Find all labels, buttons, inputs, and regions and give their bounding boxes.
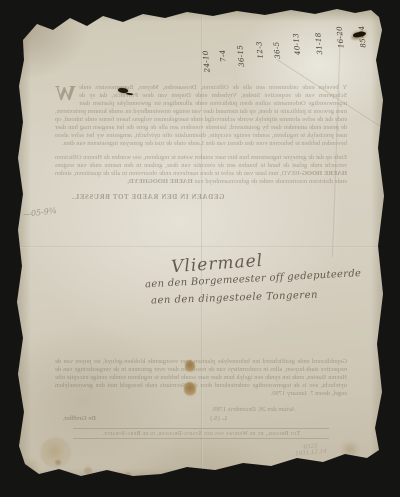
ink-note-left-margin: —05-9¾ (23, 206, 58, 219)
stain-bottom-left-corner (16, 458, 40, 480)
sum-entry-value: 36-15 (235, 44, 246, 67)
sum-entry-value: 31-18 (313, 32, 324, 55)
stain-bottom-right (340, 442, 360, 457)
showthrough-signature: De Greffier. (63, 415, 96, 422)
showthrough-upper-block: WY bevelen ende ordonneren aen alle de O… (55, 84, 347, 201)
wax-spot-lower (184, 382, 196, 396)
photo-background: WY bevelen ende ordonneren aen alle de O… (0, 0, 400, 497)
showthrough-seal-mark: L. (S.) (210, 415, 227, 422)
wax-spot-upper (185, 360, 195, 372)
handwritten-sum-column: 439-13 24-10 7-4 36-15 12-3 36-5 40-13 3… (189, 8, 309, 83)
pencil-note-bottom-right-line-2: 1931.12.14 (295, 449, 327, 458)
showthrough-colophon: Tot Brussel, by de Weduwe van den Stadts… (73, 428, 329, 439)
showthrough-lower-block: Gepubliceerd ende geafficheerd ten behoo… (55, 358, 347, 439)
showthrough-paragraph-2: Ende op dat de gemeyne ingesetenen hun h… (55, 154, 347, 186)
showthrough-drop-cap: W (55, 84, 79, 102)
document-paper: WY bevelen ende ordonneren aen alle de O… (15, 8, 385, 486)
sum-entry-value: 7-4 (218, 49, 228, 62)
showthrough-bold-fragment-1: HAERE HOOG- (300, 170, 347, 177)
showthrough-paragraph-1-text: Y bevelen ende ordonneren aen alle de Of… (55, 84, 347, 147)
showthrough-paragraph-3: Gepubliceerd ende geafficheerd ten behoo… (55, 358, 347, 398)
sum-entry-value: 16-20 (335, 25, 346, 48)
pencil-note-bottom-right: 6523 1931.12.14 (295, 443, 327, 458)
showthrough-signature-row: L. (S.) De Greffier. (63, 415, 227, 422)
showthrough-paragraph-1: WY bevelen ende ordonneren aen alle de O… (55, 84, 347, 148)
sum-entry: 13-9 (392, 5, 400, 53)
sum-entry-value: 40-13 (291, 32, 302, 55)
showthrough-heading: GEDAEN IN DEN RAEDE TOT BRUSSEL. (67, 193, 229, 201)
sum-entry-value: 24-10 (201, 49, 212, 72)
handwritten-address: Vliermael aen den Borgemeester off gedep… (145, 251, 350, 303)
foxing-speckle-band (55, 460, 61, 465)
showthrough-dateline: Actum den 26. Decembris 1789. (55, 406, 295, 413)
sum-entry-value: 36-5 (272, 41, 282, 59)
pencil-note-top-left: 5452 (39, 18, 56, 28)
showthrough-bold-fragment-2: HAERE HOOGHEYD, (127, 178, 192, 185)
address-line-3: aen den dingestoele Tongeren (151, 289, 350, 307)
sum-entry-value: 12-3 (254, 40, 264, 58)
showthrough-paragraph-2-text-a: Ende op dat de gemeyne ingesetenen hun h… (55, 154, 347, 169)
sum-entry-value: 23-13 (379, 18, 390, 41)
